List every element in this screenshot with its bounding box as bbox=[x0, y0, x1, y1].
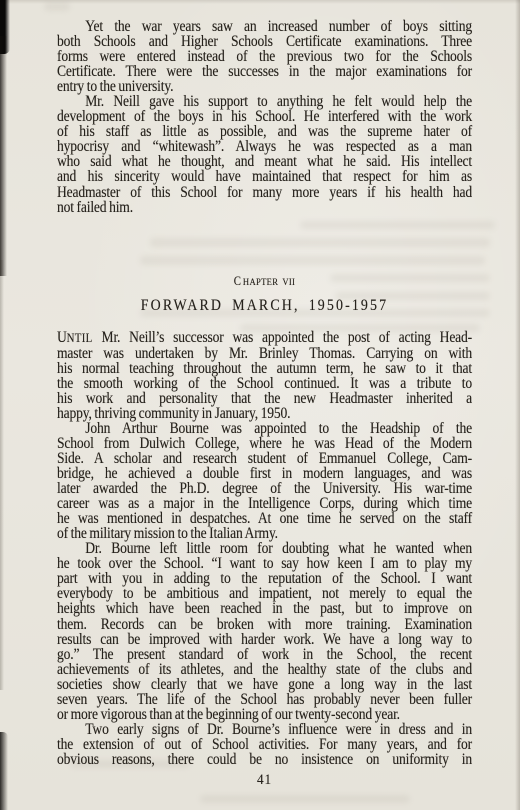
text-after-heading: UNTIL Mr. Neill’s successor was appointe… bbox=[57, 330, 472, 767]
body-text-line: heights which have been reached in the p… bbox=[57, 601, 472, 616]
body-text-line: UNTIL Mr. Neill’s successor was appointe… bbox=[57, 330, 472, 346]
body-text-line: who said what he thought, and meant what… bbox=[57, 154, 472, 169]
paragraph: UNTIL Mr. Neill’s successor was appointe… bbox=[57, 330, 472, 421]
show-through-smudge bbox=[200, 795, 410, 803]
binding-edge-shadow bbox=[0, 36, 7, 276]
body-text-line: entry to the university. bbox=[57, 79, 472, 94]
scanned-book-page: Yet the war years saw an increased numbe… bbox=[0, 0, 520, 810]
body-text-line: Headmaster of this School for many more … bbox=[57, 185, 472, 200]
paragraph: Two early signs of Dr. Bourne’s influenc… bbox=[57, 722, 472, 767]
body-text-line: bridge, he achieved a double first in mo… bbox=[57, 466, 472, 481]
body-text-line: his normal teaching throughout the autum… bbox=[57, 361, 472, 376]
body-text-line: go.” The present standard of work in the… bbox=[57, 647, 472, 662]
body-text-line: happy, thriving community in January, 19… bbox=[57, 406, 472, 421]
body-text-line: he took over the School. “I want to say … bbox=[57, 556, 472, 571]
paragraph: Dr. Bourne left little room for doubting… bbox=[57, 541, 472, 722]
body-text-line: obvious reasons, there could be no insis… bbox=[57, 752, 472, 767]
body-text-line: or more vigorous than at the beginning o… bbox=[57, 707, 472, 722]
body-text-line: career was as a major in the Intelligenc… bbox=[57, 496, 472, 511]
text-before-heading: Yet the war years saw an increased numbe… bbox=[57, 19, 472, 215]
body-text-line: development of the boys in his School. H… bbox=[57, 109, 472, 124]
body-text-line: the smooth working of the School continu… bbox=[57, 376, 472, 391]
body-text-line: of his staff as little as possible, and … bbox=[57, 124, 472, 139]
paragraph: Yet the war years saw an increased numbe… bbox=[57, 19, 472, 94]
body-text-line: not failed him. bbox=[57, 200, 472, 215]
page-number: 41 bbox=[57, 773, 472, 788]
body-text-line: Two early signs of Dr. Bourne’s influenc… bbox=[57, 722, 472, 737]
body-text-line: later awarded the Ph.D. degree of the Un… bbox=[57, 481, 472, 496]
body-text-line: the extension of out of School activitie… bbox=[57, 737, 472, 752]
body-text-line: of the military mission to the Italian A… bbox=[57, 526, 472, 541]
small-caps-text: HAPTER VII bbox=[243, 277, 295, 288]
body-text-line: hypocrisy and “whitewash”. Always he was… bbox=[57, 139, 472, 154]
paragraph: John Arthur Bourne was appointed to the … bbox=[57, 421, 472, 541]
left-edge-faint-shadow bbox=[0, 260, 4, 690]
paragraph: Mr. Neill gave his support to anything h… bbox=[57, 94, 472, 214]
body-text-line: Mr. Neill gave his support to anything h… bbox=[57, 94, 472, 109]
body-text-line: Dr. Bourne left little room for doubting… bbox=[57, 541, 472, 556]
chapter-label: CHAPTER VII bbox=[57, 274, 472, 290]
body-text-line: societies show clearly that we have gone… bbox=[57, 677, 472, 692]
body-text-line: results can be improved with harder work… bbox=[57, 632, 472, 647]
body-text-line: Side. A scholar and research student of … bbox=[57, 451, 472, 466]
body-text-line: both Schools and Higher Schools Certific… bbox=[57, 34, 472, 49]
binding-edge-mark-top bbox=[0, 0, 10, 54]
body-text-line: John Arthur Bourne was appointed to the … bbox=[57, 421, 472, 436]
small-caps-text: NTIL bbox=[67, 331, 93, 345]
body-text-line: master was undertaken by Mr. Brinley Tho… bbox=[57, 346, 472, 361]
body-text-line: forms were entered instead of the previo… bbox=[57, 49, 472, 64]
body-text-line: Certificate. There were the successes in… bbox=[57, 64, 472, 79]
body-text-line: part with you in adding to the reputatio… bbox=[57, 571, 472, 586]
right-edge-shade bbox=[515, 0, 520, 810]
chapter-title: FORWARD MARCH, 1950-1957 bbox=[57, 297, 472, 315]
body-text-line: School from Dulwich College, where he wa… bbox=[57, 436, 472, 451]
body-text-line: them. Records can be broken with more tr… bbox=[57, 617, 472, 632]
body-text-line: Yet the war years saw an increased numbe… bbox=[57, 19, 472, 34]
body-text-line: and his sincerity would have maintained … bbox=[57, 169, 472, 184]
body-text-line: seven years. The life of the School has … bbox=[57, 692, 472, 707]
body-text-line: everybody to be ambitious and impatient,… bbox=[57, 586, 472, 601]
body-text-block: Yet the war years saw an increased numbe… bbox=[57, 0, 472, 788]
body-text-line: his work and personality that the new He… bbox=[57, 391, 472, 406]
body-text-line: he was mentioned in despatches. At one t… bbox=[57, 511, 472, 526]
body-text-line: achievements of its athletes, and the he… bbox=[57, 662, 472, 677]
binding-edge-mark-bottom bbox=[0, 732, 8, 810]
